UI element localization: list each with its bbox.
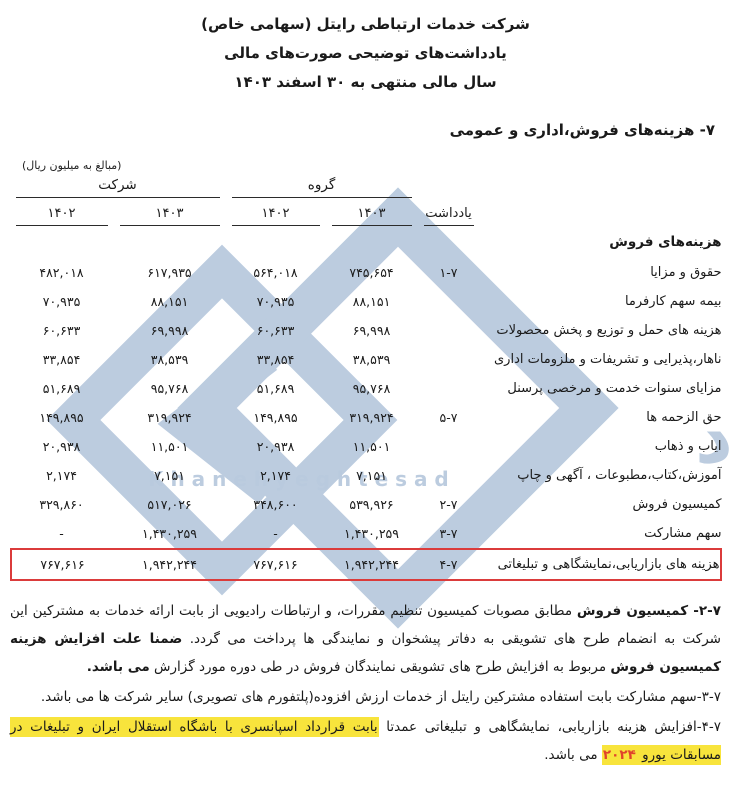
- cell-amount: ۶۰,۶۳۳: [10, 316, 114, 345]
- cell-amount: ۱۴۹,۸۹۵: [226, 403, 326, 432]
- cell-label: هزینه های حمل و توزیع و پخش محصولات: [480, 316, 722, 345]
- cell-amount: ۳۸,۵۳۹: [326, 345, 418, 374]
- company-name: شرکت خدمات ارتباطی رایتل (سهامی خاص): [8, 10, 723, 39]
- cell-amount: ۷,۱۵۱: [114, 461, 226, 490]
- cell-note-ref: ۴-۷: [418, 548, 480, 581]
- cell-amount: ۵۳۹,۹۲۶: [326, 490, 418, 519]
- table-row: حقوق و مزایا۱-۷۷۴۵,۶۵۴۵۶۴,۰۱۸۶۱۷,۹۳۵۴۸۲,…: [10, 258, 722, 287]
- cell-amount: ۱,۴۳۰,۲۵۹: [326, 519, 418, 548]
- cell-amount: ۱۴۹,۸۹۵: [10, 403, 114, 432]
- cell-amount: ۳۴۸,۶۰۰: [226, 490, 326, 519]
- footnote-7-4: ۴-۷-افزایش هزینه بازاریابی، نمایشگاهی و …: [10, 713, 721, 769]
- cell-amount: ۵۱۷,۰۲۶: [114, 490, 226, 519]
- cell-note-ref: ۲-۷: [418, 490, 480, 519]
- cell-amount: ۸۸,۱۵۱: [326, 287, 418, 316]
- cell-note-ref: ۵-۷: [418, 403, 480, 432]
- cell-amount: ۷۴۵,۶۵۴: [326, 258, 418, 287]
- footnote-7-2-bold3: می باشد.: [87, 659, 150, 675]
- statement-subtitle: یادداشت‌های توضیحی صورت‌های مالی: [8, 39, 723, 68]
- empty-header-cell: [480, 174, 722, 198]
- table-row: کمیسیون فروش۲-۷۵۳۹,۹۲۶۳۴۸,۶۰۰۵۱۷,۰۲۶۳۲۹,…: [10, 490, 722, 519]
- cell-label: آموزش،کتاب،مطبوعات ، آگهی و چاپ: [480, 461, 722, 490]
- table-row: هزینه های حمل و توزیع و پخش محصولات۶۹,۹۹…: [10, 316, 722, 345]
- cell-amount: ۲,۱۷۴: [226, 461, 326, 490]
- table-group-header-row: گروه شرکت: [10, 174, 722, 198]
- cell-note-ref: [418, 432, 480, 461]
- cell-label: ایاب و ذهاب: [480, 432, 722, 461]
- footnote-7-4-prefix: ۴-۷-افزایش هزینه بازاریابی، نمایشگاهی و …: [379, 719, 721, 735]
- cell-amount: ۸۸,۱۵۱: [114, 287, 226, 316]
- cell-label: حق الزحمه ها: [480, 403, 722, 432]
- company-header-label: شرکت: [16, 177, 220, 198]
- cell-note-ref: [418, 226, 480, 258]
- cell-amount: ۳۱۹,۹۲۴: [326, 403, 418, 432]
- section-title: ۷- هزینه‌های فروش،اداری و عمومی: [8, 121, 715, 139]
- table-row: سهم مشارکت۳-۷۱,۴۳۰,۲۵۹-۱,۴۳۰,۲۵۹-: [10, 519, 722, 548]
- company-year-1403-header: ۱۴۰۳: [114, 198, 226, 226]
- cell-note-ref: ۳-۷: [418, 519, 480, 548]
- document-page: شرکت خدمات ارتباطی رایتل (سهامی خاص) یاد…: [0, 0, 731, 769]
- cell-note-ref: [418, 287, 480, 316]
- table-row: هزینه‌های فروش: [10, 226, 722, 258]
- cell-amount: [10, 226, 114, 258]
- cell-amount: ۲,۱۷۴: [10, 461, 114, 490]
- cell-label: هزینه‌های فروش: [480, 226, 722, 258]
- footnote-7-2-lead: ۲-۷- کمیسیون فروش: [577, 603, 721, 619]
- cell-amount: ۱۱,۵۰۱: [326, 432, 418, 461]
- footnote-7-2: ۲-۷- کمیسیون فروش مطابق مصوبات کمیسیون ت…: [10, 597, 721, 681]
- cell-amount: ۷۰,۹۳۵: [226, 287, 326, 316]
- cell-amount: ۶۹,۹۹۸: [114, 316, 226, 345]
- units-note: (مبالغ به میلیون ریال): [22, 159, 723, 172]
- cell-amount: ۲۰,۹۳۸: [226, 432, 326, 461]
- footnote-7-4-suffix: می باشد.: [544, 747, 602, 763]
- cell-amount: ۹۵,۷۶۸: [114, 374, 226, 403]
- table-row: مزایای سنوات خدمت و مرخصی پرسنل۹۵,۷۶۸۵۱,…: [10, 374, 722, 403]
- group-column-header: گروه: [226, 174, 418, 198]
- cell-amount: ۶۱۷,۹۳۵: [114, 258, 226, 287]
- cell-label: بیمه سهم کارفرما: [480, 287, 722, 316]
- table-row-highlighted: هزینه های بازاریابی،نمایشگاهی و تبلیغاتی…: [10, 548, 722, 581]
- fiscal-year-line: سال مالی منتهی به ۳۰ اسفند ۱۴۰۳: [8, 68, 723, 97]
- table-row: ناهار،پذیرایی و تشریفات و ملزومات اداری۳…: [10, 345, 722, 374]
- table-row: حق الزحمه ها۵-۷۳۱۹,۹۲۴۱۴۹,۸۹۵۳۱۹,۹۲۴۱۴۹,…: [10, 403, 722, 432]
- cell-amount: ۱,۴۳۰,۲۵۹: [114, 519, 226, 548]
- cell-amount: [114, 226, 226, 258]
- document-header: شرکت خدمات ارتباطی رایتل (سهامی خاص) یاد…: [8, 10, 723, 97]
- group-year-1402-header: ۱۴۰۲: [226, 198, 326, 226]
- cell-amount: ۷۶۷,۶۱۶: [10, 548, 114, 581]
- cell-label: سهم مشارکت: [480, 519, 722, 548]
- cell-amount: ۷۶۷,۶۱۶: [226, 548, 326, 581]
- table-body: هزینه‌های فروشحقوق و مزایا۱-۷۷۴۵,۶۵۴۵۶۴,…: [10, 226, 722, 581]
- cell-amount: ۲۰,۹۳۸: [10, 432, 114, 461]
- cell-amount: [326, 226, 418, 258]
- company-year-1402-header: ۱۴۰۲: [10, 198, 114, 226]
- cell-amount: ۴۸۲,۰۱۸: [10, 258, 114, 287]
- company-column-header: شرکت: [10, 174, 226, 198]
- cell-amount: ۳۳,۸۵۴: [226, 345, 326, 374]
- group-header-label: گروه: [232, 177, 412, 198]
- cell-amount: ۱,۹۴۲,۲۴۴: [326, 548, 418, 581]
- cell-amount: [226, 226, 326, 258]
- cell-amount: ۵۱,۶۸۹: [10, 374, 114, 403]
- cell-amount: ۵۶۴,۰۱۸: [226, 258, 326, 287]
- cell-amount: ۷۰,۹۳۵: [10, 287, 114, 316]
- cell-amount: ۱,۹۴۲,۲۴۴: [114, 548, 226, 581]
- table-row: ایاب و ذهاب۱۱,۵۰۱۲۰,۹۳۸۱۱,۵۰۱۲۰,۹۳۸: [10, 432, 722, 461]
- table-year-header-row: یادداشت ۱۴۰۳ ۱۴۰۲ ۱۴۰۳ ۱۴۰۲: [10, 198, 722, 226]
- cell-amount: ۹۵,۷۶۸: [326, 374, 418, 403]
- footnote-7-4-euro-year: ۲۰۲۴: [602, 745, 637, 765]
- note-column-header: یادداشت: [418, 198, 480, 226]
- cell-amount: -: [226, 519, 326, 548]
- cell-amount: ۶۰,۶۳۳: [226, 316, 326, 345]
- cell-amount: ۶۹,۹۹۸: [326, 316, 418, 345]
- cell-amount: -: [10, 519, 114, 548]
- cell-note-ref: ۱-۷: [418, 258, 480, 287]
- cell-note-ref: [418, 374, 480, 403]
- empty-header-cell: [480, 198, 722, 226]
- table-row: آموزش،کتاب،مطبوعات ، آگهی و چاپ۷,۱۵۱۲,۱۷…: [10, 461, 722, 490]
- cell-amount: ۳۱۹,۹۲۴: [114, 403, 226, 432]
- expenses-table: گروه شرکت یادداشت ۱۴۰۳ ۱۴۰۲ ۱۴۰۳: [10, 174, 722, 581]
- table-row: بیمه سهم کارفرما۸۸,۱۵۱۷۰,۹۳۵۸۸,۱۵۱۷۰,۹۳۵: [10, 287, 722, 316]
- cell-amount: ۳۳,۸۵۴: [10, 345, 114, 374]
- group-year-1403-header: ۱۴۰۳: [326, 198, 418, 226]
- cell-amount: ۷,۱۵۱: [326, 461, 418, 490]
- cell-note-ref: [418, 316, 480, 345]
- cell-label: ناهار،پذیرایی و تشریفات و ملزومات اداری: [480, 345, 722, 374]
- footnotes: ۲-۷- کمیسیون فروش مطابق مصوبات کمیسیون ت…: [10, 597, 721, 769]
- empty-header-cell: [418, 174, 480, 198]
- cell-amount: ۵۱,۶۸۹: [226, 374, 326, 403]
- cell-amount: ۳۸,۵۳۹: [114, 345, 226, 374]
- cell-amount: ۳۲۹,۸۶۰: [10, 490, 114, 519]
- footnote-7-3: ۳-۷-سهم مشارکت بابت استفاده مشترکین رایت…: [10, 683, 721, 711]
- footnote-7-2-body2: مربوط به افزایش طرح های تشویقی نمایندگان…: [150, 659, 611, 675]
- cell-note-ref: [418, 461, 480, 490]
- cell-note-ref: [418, 345, 480, 374]
- cell-label: هزینه های بازاریابی،نمایشگاهی و تبلیغاتی: [480, 548, 722, 581]
- cell-label: حقوق و مزایا: [480, 258, 722, 287]
- cell-label: مزایای سنوات خدمت و مرخصی پرسنل: [480, 374, 722, 403]
- cell-label: کمیسیون فروش: [480, 490, 722, 519]
- scanned-financial-note-page: { "header": { "line1": "شرکت خدمات ارتبا…: [0, 0, 731, 800]
- cell-amount: ۱۱,۵۰۱: [114, 432, 226, 461]
